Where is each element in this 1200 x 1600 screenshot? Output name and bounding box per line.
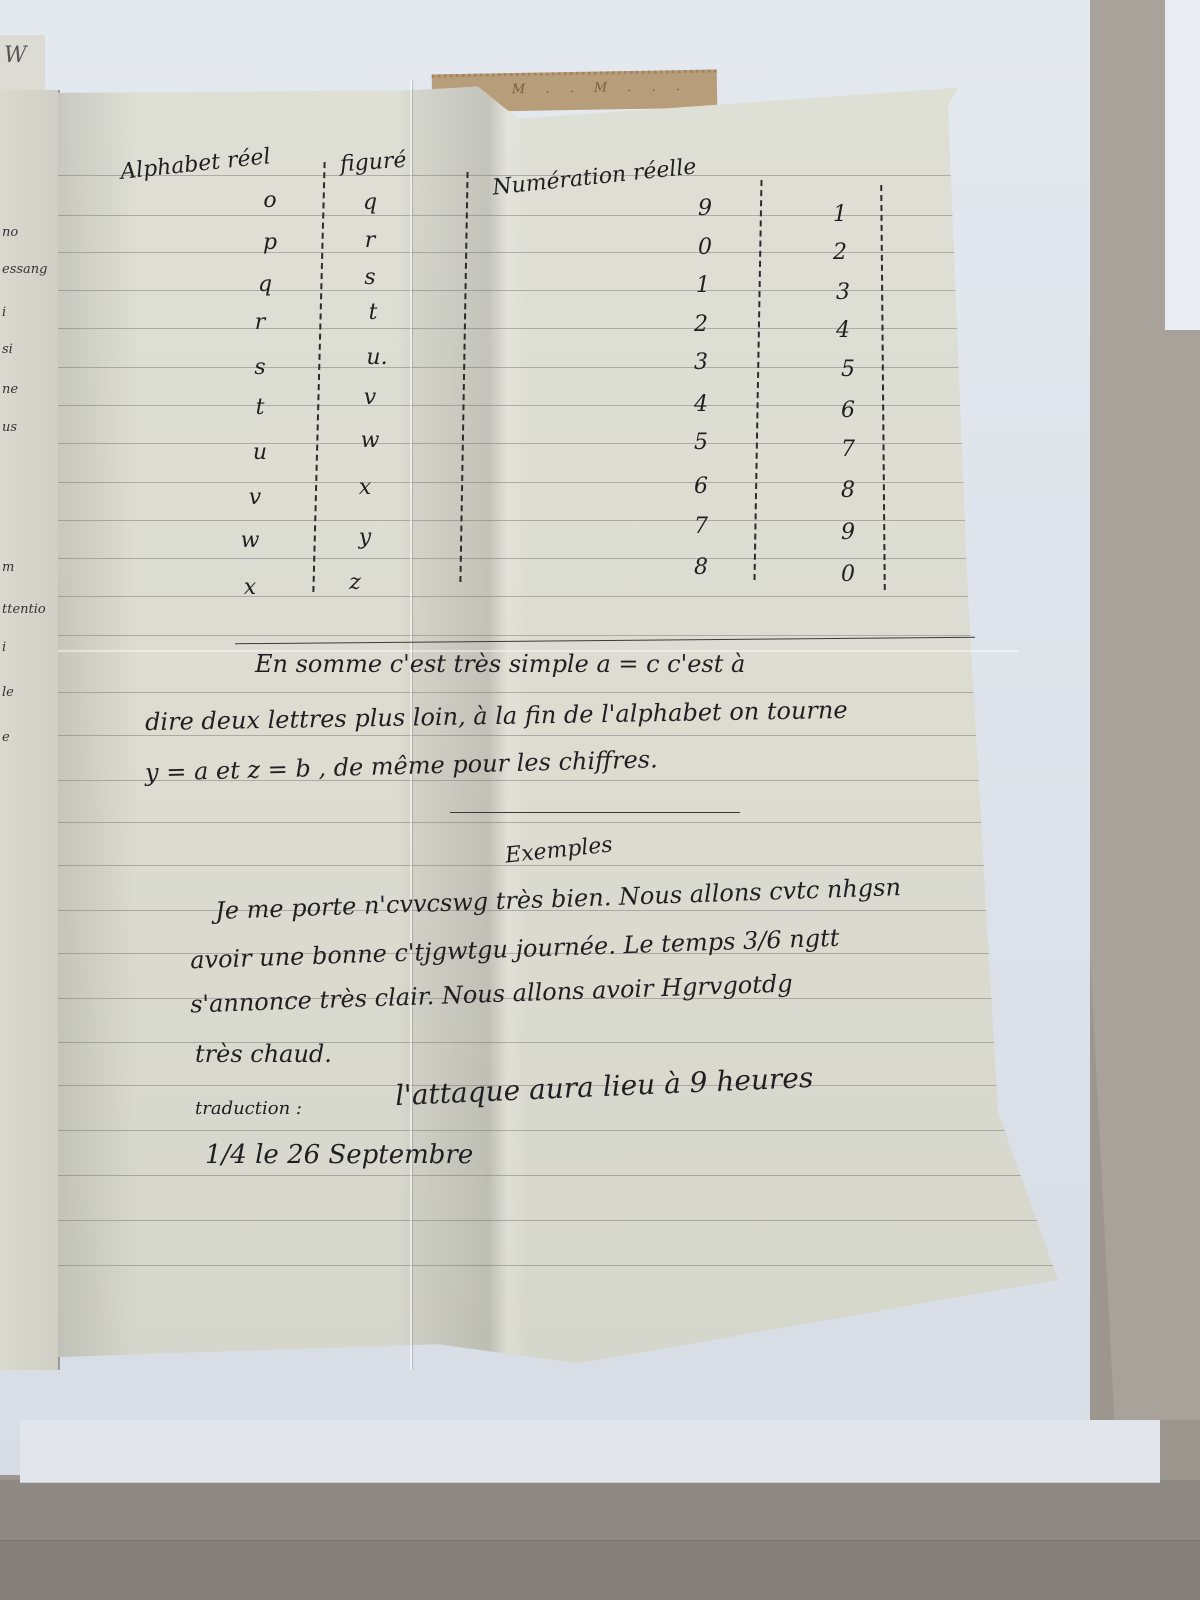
num-real: 8 bbox=[686, 555, 716, 580]
alpha-figured: w bbox=[355, 428, 385, 453]
num-figured: 2 bbox=[825, 240, 855, 265]
num-real: 3 bbox=[686, 350, 716, 375]
num-figured: 6 bbox=[833, 398, 863, 423]
cipher-word-struck: 3/6 ngtt bbox=[743, 924, 840, 955]
cipher-word-struck: Hgrvgotdg bbox=[661, 969, 793, 1002]
left-fragment: si bbox=[2, 342, 13, 357]
alpha-figured: z bbox=[340, 570, 370, 595]
alpha-real: x bbox=[235, 575, 265, 600]
alphabet-figured-header: figuré bbox=[339, 148, 407, 178]
left-fragment: no bbox=[2, 225, 18, 240]
num-real: 9 bbox=[690, 196, 720, 221]
explanation-line: En somme c'est très simple a = c c'est à bbox=[255, 650, 745, 678]
num-figured: 5 bbox=[833, 357, 863, 382]
alpha-figured: y bbox=[350, 525, 380, 550]
cipher-word-struck: cvtc nhgsn bbox=[769, 873, 902, 906]
alpha-figured: t bbox=[358, 300, 388, 325]
left-fragment: e bbox=[2, 730, 10, 745]
left-fragment: essang bbox=[2, 262, 47, 277]
num-figured: 3 bbox=[828, 280, 858, 305]
alpha-real: v bbox=[240, 485, 270, 510]
cipher-word: c'tjgwtgu bbox=[394, 935, 508, 967]
num-figured: 8 bbox=[833, 478, 863, 503]
left-fragment: ne bbox=[2, 382, 18, 397]
alpha-real: o bbox=[255, 188, 285, 213]
right-edge-sheet bbox=[1165, 0, 1200, 330]
num-real: 2 bbox=[686, 312, 716, 337]
left-fragment: us bbox=[2, 420, 17, 435]
alpha-real: u bbox=[245, 440, 275, 465]
num-figured: 9 bbox=[833, 520, 863, 545]
num-figured: 4 bbox=[828, 318, 858, 343]
alpha-figured: x bbox=[350, 475, 380, 500]
left-fragment: m bbox=[2, 560, 14, 575]
backing-sheet-lower bbox=[20, 1420, 1160, 1483]
translation-label: traduction : bbox=[195, 1098, 302, 1119]
num-real: 6 bbox=[686, 474, 716, 499]
num-real: 4 bbox=[686, 392, 716, 417]
num-figured: 0 bbox=[833, 562, 863, 587]
alpha-real: t bbox=[245, 395, 275, 420]
num-figured: 7 bbox=[833, 437, 863, 462]
left-page: no essang i si ne us m ttentio i le e bbox=[0, 90, 60, 1370]
plain-text: Je me porte bbox=[215, 892, 365, 925]
alpha-real: q bbox=[250, 272, 280, 297]
translation-line: 1/4 le 26 Septembre bbox=[205, 1140, 473, 1170]
alpha-figured: q bbox=[355, 190, 385, 215]
alpha-figured: u. bbox=[362, 345, 392, 370]
left-fragment: ttentio bbox=[2, 602, 46, 617]
num-real: 5 bbox=[686, 430, 716, 455]
alpha-real: p bbox=[255, 230, 285, 255]
section-separator bbox=[450, 812, 740, 813]
alpha-real: w bbox=[235, 528, 265, 553]
left-fragment: i bbox=[2, 640, 6, 655]
num-real: 0 bbox=[690, 235, 720, 260]
cipher-word: n'cvvcswg bbox=[363, 887, 488, 919]
num-figured: 1 bbox=[825, 202, 855, 227]
example-line: très chaud. bbox=[195, 1040, 332, 1068]
alpha-figured: v bbox=[355, 385, 385, 410]
table-edge bbox=[0, 1540, 1200, 1600]
num-real: 7 bbox=[686, 514, 716, 539]
alpha-real: r bbox=[245, 310, 275, 335]
num-real: 1 bbox=[688, 273, 718, 298]
alpha-figured: r bbox=[355, 228, 385, 253]
alpha-real: s bbox=[245, 355, 275, 380]
left-fragment: i bbox=[2, 305, 6, 320]
alpha-figured: s bbox=[355, 265, 385, 290]
left-fragment: le bbox=[2, 685, 14, 700]
